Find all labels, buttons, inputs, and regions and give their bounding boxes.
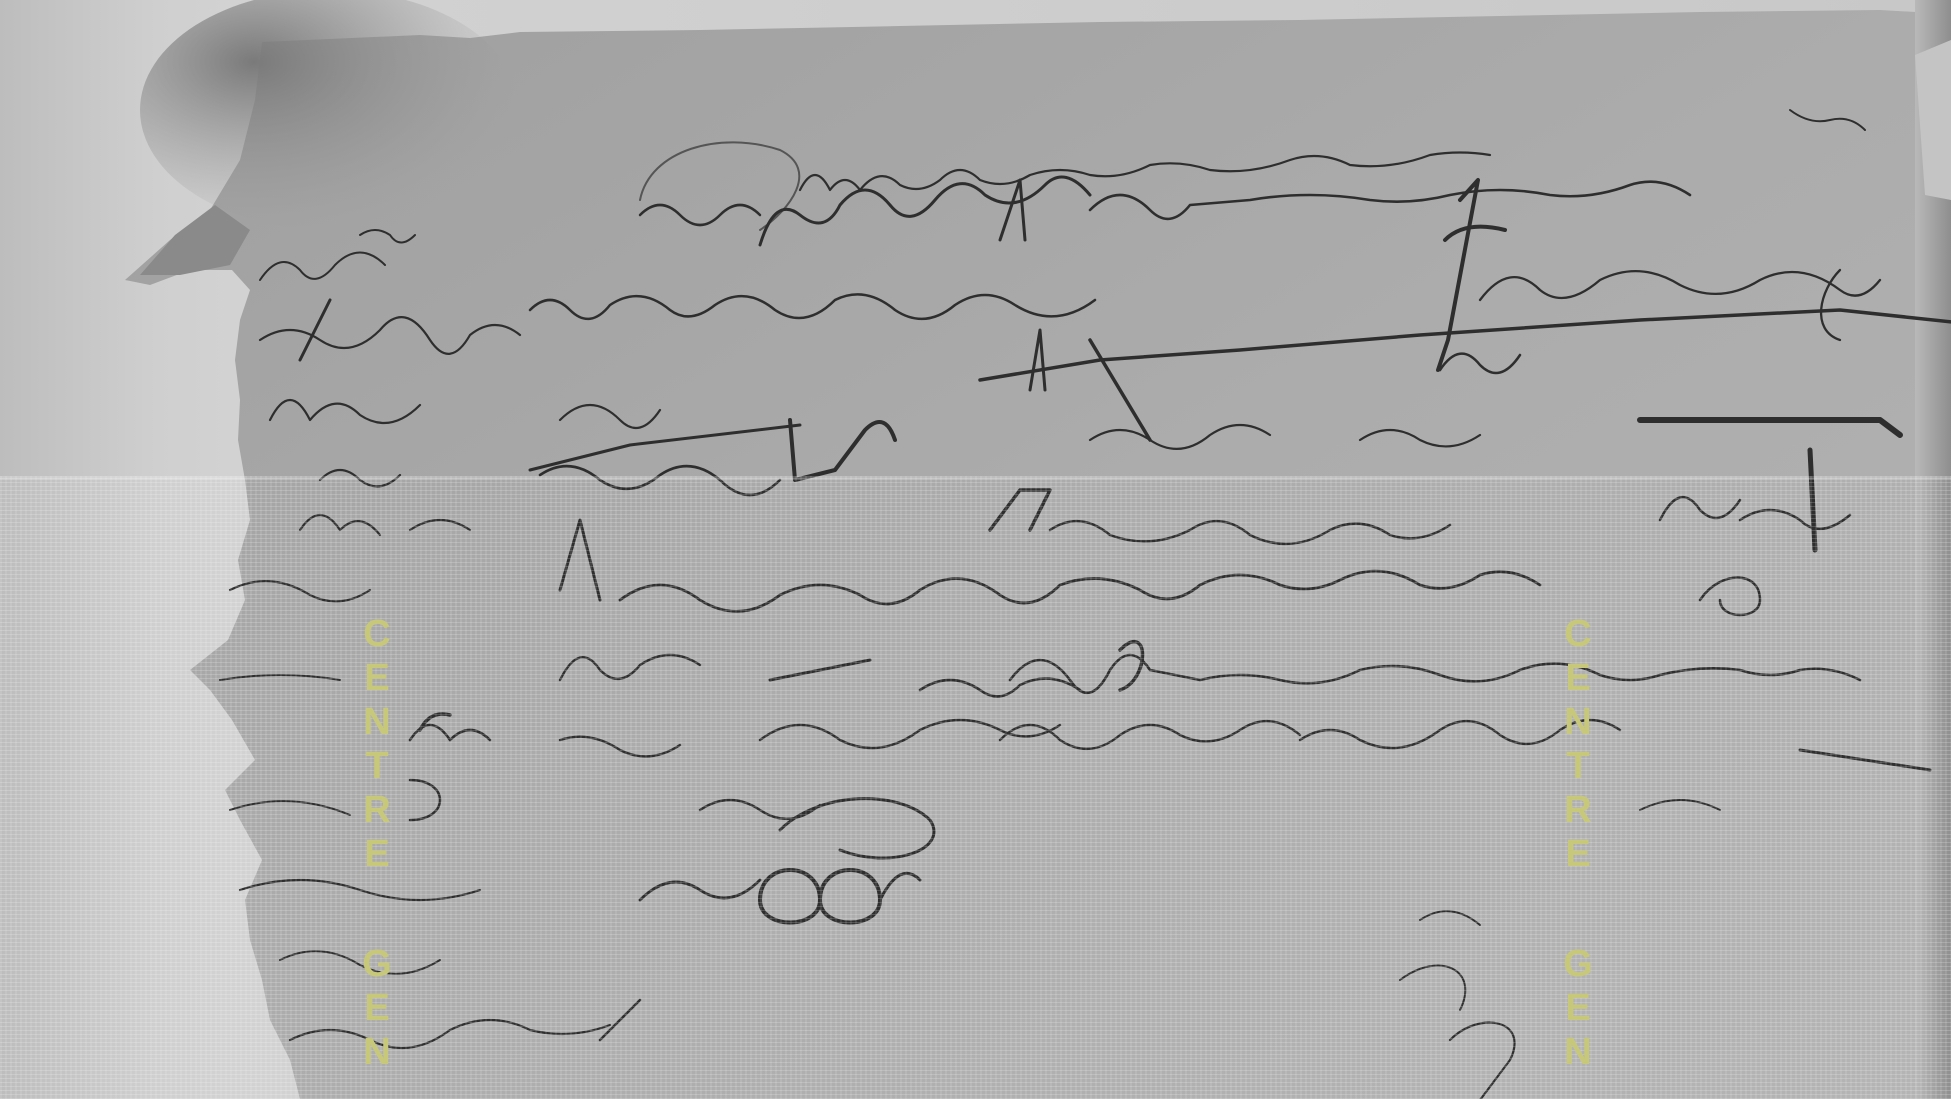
document-scan-viewer: C E N T R E G E N C E N T R E G E N — [0, 0, 1951, 1099]
overlay-top-edge — [0, 476, 1951, 480]
manuscript-page — [0, 0, 1951, 1099]
